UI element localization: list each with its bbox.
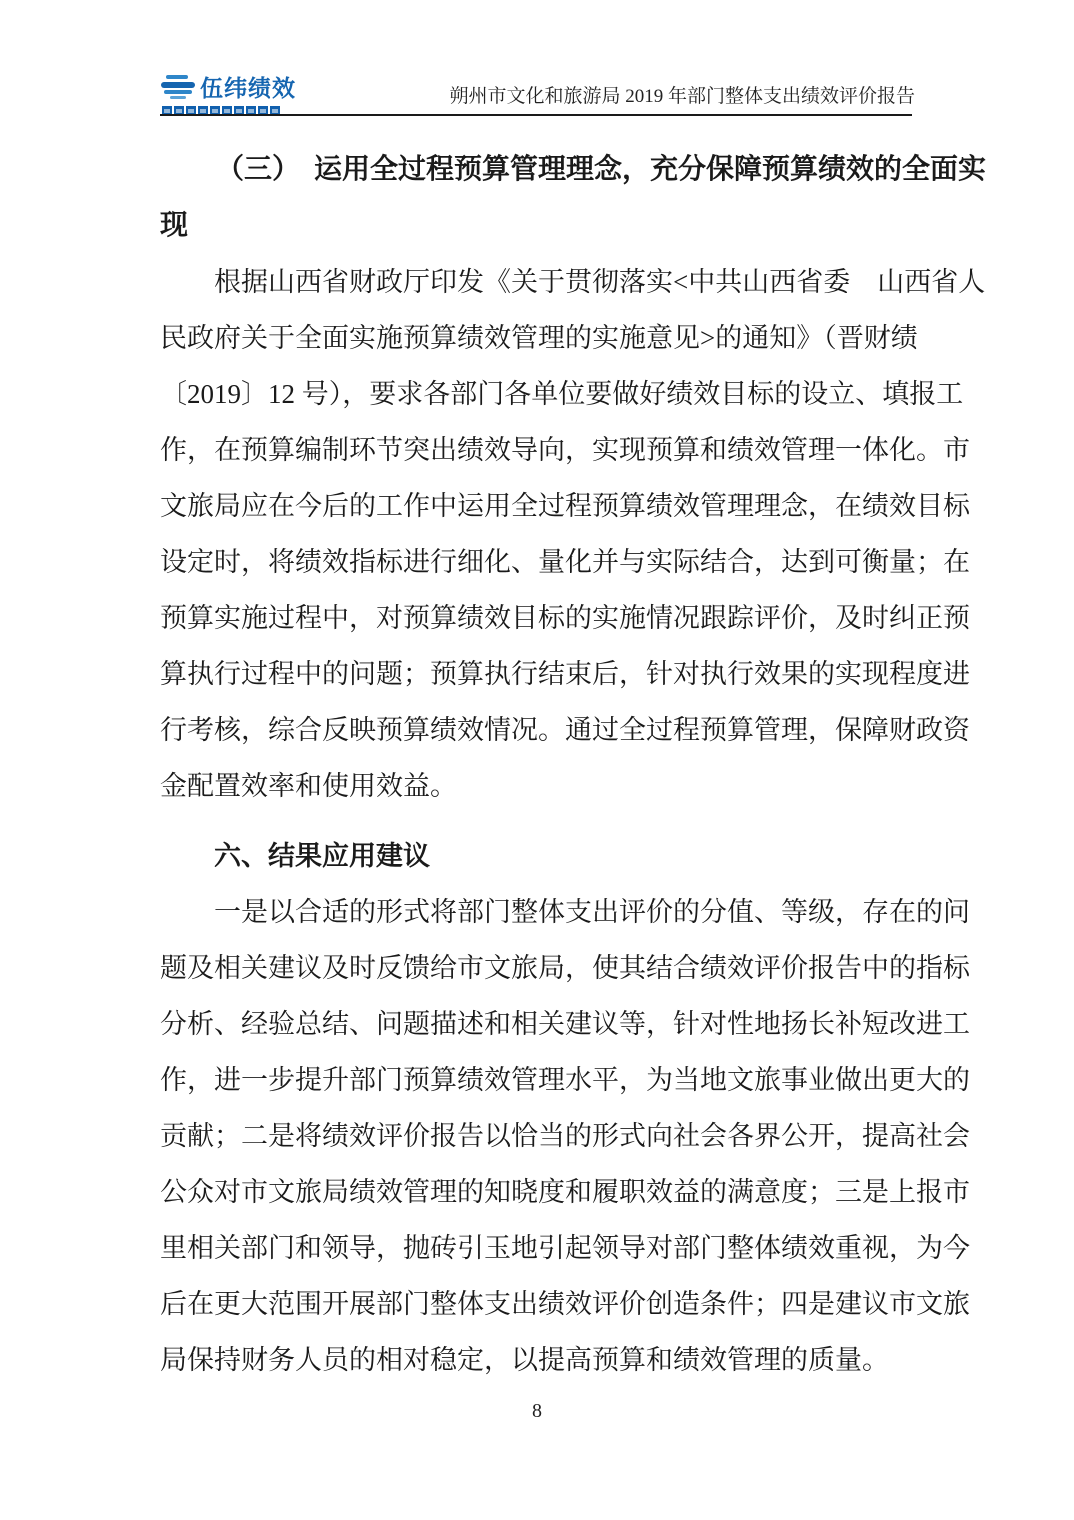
text-line: 金配置效率和使用效益。: [160, 758, 915, 814]
text-line: 贡献；二是将绩效评价报告以恰当的形式向社会各界公开，提高社会: [160, 1108, 915, 1164]
logo-text: 伍纬绩效: [200, 70, 296, 103]
text-line: 题及相关建议及时反馈给市文旅局，使其结合绩效评价报告中的指标: [160, 940, 915, 996]
document-page: 伍纬绩效 朔州市文化和旅游局 2019 年部门整体支出绩效评价报告: [0, 0, 1074, 1520]
text-line: 根据山西省财政厅印发《关于贯彻落实<中共山西省委 山西省人: [160, 254, 915, 310]
company-logo: 伍纬绩效: [160, 70, 288, 116]
text-line: 作，进一步提升部门预算绩效管理水平，为当地文旅事业做出更大的: [160, 1052, 915, 1108]
text-line: 公众对市文旅局绩效管理的知晓度和履职效益的满意度；三是上报市: [160, 1164, 915, 1220]
text-line: 后在更大范围开展部门整体支出绩效评价创造条件；四是建议市文旅: [160, 1276, 915, 1332]
text-line: 〔2019〕12 号），要求各部门各单位要做好绩效目标的设立、填报工: [160, 366, 915, 422]
text-line: 分析、经验总结、问题描述和相关建议等，针对性地扬长补短改进工: [160, 996, 915, 1052]
section3-heading: （三） 运用全过程预算管理理念，充分保障预算绩效的全面实现: [160, 142, 915, 254]
text-line: 行考核，综合反映预算绩效情况。通过全过程预算管理，保障财政资: [160, 702, 915, 758]
page-header: 伍纬绩效 朔州市文化和旅游局 2019 年部门整体支出绩效评价报告: [160, 0, 915, 116]
text-line: 算执行过程中的问题；预算执行结束后，针对执行效果的实现程度进: [160, 646, 915, 702]
text-line: 民政府关于全面实施预算绩效管理的实施意见>的通知》（晋财绩: [160, 310, 915, 366]
text-line: 一是以合适的形式将部门整体支出评价的分值、等级，存在的问: [160, 884, 915, 940]
text-line: 作，在预算编制环节突出绩效导向，实现预算和绩效管理一体化。市: [160, 422, 915, 478]
section3-paragraph: 根据山西省财政厅印发《关于贯彻落实<中共山西省委 山西省人民政府关于全面实施预算…: [160, 254, 915, 814]
header-doc-title: 朔州市文化和旅游局 2019 年部门整体支出绩效评价报告: [449, 81, 915, 108]
text-line: （三） 运用全过程预算管理理念，充分保障预算绩效的全面实: [160, 142, 915, 198]
text-line: 局保持财务人员的相对稳定，以提高预算和绩效管理的质量。: [160, 1332, 915, 1388]
section6-paragraph: 一是以合适的形式将部门整体支出评价的分值、等级，存在的问题及相关建议及时反馈给市…: [160, 884, 915, 1388]
text-line: 里相关部门和领导，抛砖引玉地引起领导对部门整体绩效重视，为今: [160, 1220, 915, 1276]
document-body: （三） 运用全过程预算管理理念，充分保障预算绩效的全面实现 根据山西省财政厅印发…: [160, 142, 915, 1388]
page-number: 8: [0, 1400, 1074, 1423]
text-line: 现: [160, 198, 915, 254]
logo-layers-icon: [160, 74, 196, 100]
text-line: 预算实施过程中，对预算绩效目标的实施情况跟踪评价，及时纠正预: [160, 590, 915, 646]
text-line: 设定时，将绩效指标进行细化、量化并与实际结合，达到可衡量；在: [160, 534, 915, 590]
section6-heading: 六、结果应用建议: [160, 828, 915, 884]
header-rule: [160, 114, 912, 116]
text-line: 文旅局应在今后的工作中运用全过程预算绩效管理理念，在绩效目标: [160, 478, 915, 534]
